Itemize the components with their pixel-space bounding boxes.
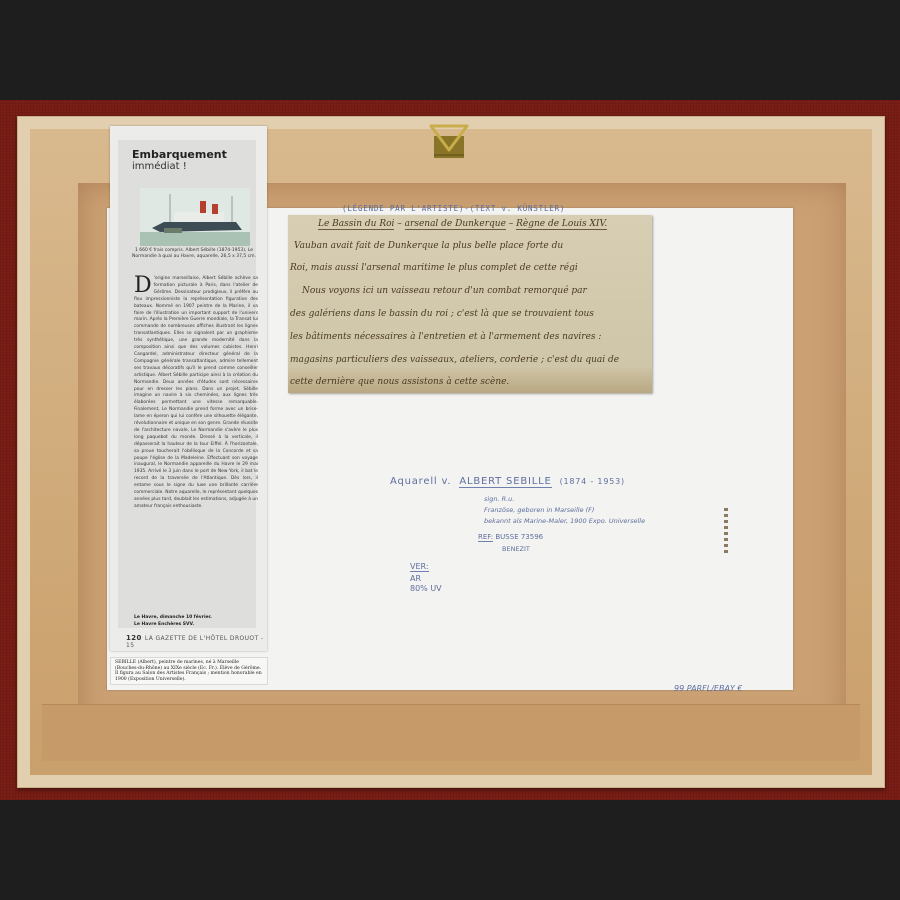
- card-line: des galériens dans le bassin du roi ; c'…: [290, 309, 594, 319]
- clipping-body: D'origine marseillaise, Albert Sébille a…: [134, 276, 258, 511]
- card-line: Vauban avait fait de Dunkerque la plus b…: [294, 241, 563, 251]
- dictionary-entry: SEBILLE (Albert), peintre de marines, né…: [110, 657, 268, 685]
- card-line: les bâtiments nécessaires à l'entretien …: [290, 332, 601, 342]
- verification-label: VER:: [410, 562, 429, 572]
- handwritten-card: Le Bassin du Roi – arsenal de Dunkerque …: [288, 215, 652, 393]
- verification-note: 80% UV: [410, 584, 442, 593]
- artist-dates: (1874 - 1953): [560, 477, 625, 486]
- price-note: 99 PARFL/EBAY €: [674, 684, 742, 693]
- frame-bottom-strip: [42, 704, 860, 761]
- bio-note: bekannt als Marine-Maler, 1900 Expo. Uni…: [484, 517, 645, 525]
- note-prefix: Aquarell v.: [390, 476, 451, 487]
- tape-residue: [724, 508, 728, 556]
- clipping-footer-line: Le Havre, dimanche 10 février.: [134, 614, 212, 621]
- reference-note: BENEZIT: [502, 545, 530, 553]
- reference-note: REF: BUSSE 73596: [478, 533, 543, 541]
- card-line: magasins particuliers des vaisseaux, ate…: [290, 355, 619, 365]
- ship-illustration-icon: [140, 188, 250, 246]
- artist-name: ALBERT SEBILLE: [459, 476, 551, 488]
- card-title-part: Le Bassin du Roi: [318, 219, 394, 230]
- clipping-subtitle: immédiat !: [132, 161, 187, 172]
- bio-note: Französe, geboren in Marseille (F): [484, 506, 594, 514]
- card-title: Le Bassin du Roi – arsenal de Dunkerque …: [318, 219, 607, 229]
- signature-note: sign. R.u.: [484, 495, 514, 503]
- card-title-part: arsenal de Dunkerque: [405, 219, 506, 230]
- clipping-page-line: 120LA GAZETTE DE L'HÔTEL DROUOT - 15: [126, 634, 267, 649]
- brass-hanger-icon: [428, 122, 470, 160]
- clipping-footer: Le Havre, dimanche 10 février. Le Havre …: [134, 614, 212, 628]
- clipping-body-text: 'origine marseillaise, Albert Sébille ac…: [134, 276, 258, 509]
- card-line: Nous voyons ici un vaisseau retour d'un …: [302, 286, 587, 296]
- card-line: Roi, mais aussi l'arsenal maritime le pl…: [290, 263, 578, 273]
- clipping-dropcap: D: [134, 276, 152, 296]
- clipping-article-box: Embarquement immédiat ! 1 660 € frais co…: [118, 140, 256, 628]
- publication-name: LA GAZETTE DE L'HÔTEL DROUOT - 15: [126, 635, 264, 649]
- attribution-note: Aquarell v. ALBERT SEBILLE (1874 - 1953): [390, 476, 625, 487]
- verification-note: AR: [410, 574, 421, 583]
- newspaper-clipping: Embarquement immédiat ! 1 660 € frais co…: [110, 126, 267, 651]
- clipping-footer-line: Le Havre Enchères SVV.: [134, 621, 212, 628]
- clipping-caption: 1 660 € frais compris. Albert Sébille (1…: [130, 248, 258, 260]
- ref-value: BUSSE 73596: [495, 533, 543, 541]
- card-line: cette dernière que nous assistons à cett…: [290, 377, 509, 387]
- clipping-title: Embarquement: [132, 148, 227, 161]
- ref-label: REF:: [478, 533, 493, 542]
- page-number: 120: [126, 634, 142, 642]
- card-title-part: Règne de Louis XIV.: [516, 219, 607, 230]
- legend-header-note: (LÉGENDE PAR L'ARTISTE)-(TEXT v. KÜNSTLE…: [342, 204, 565, 213]
